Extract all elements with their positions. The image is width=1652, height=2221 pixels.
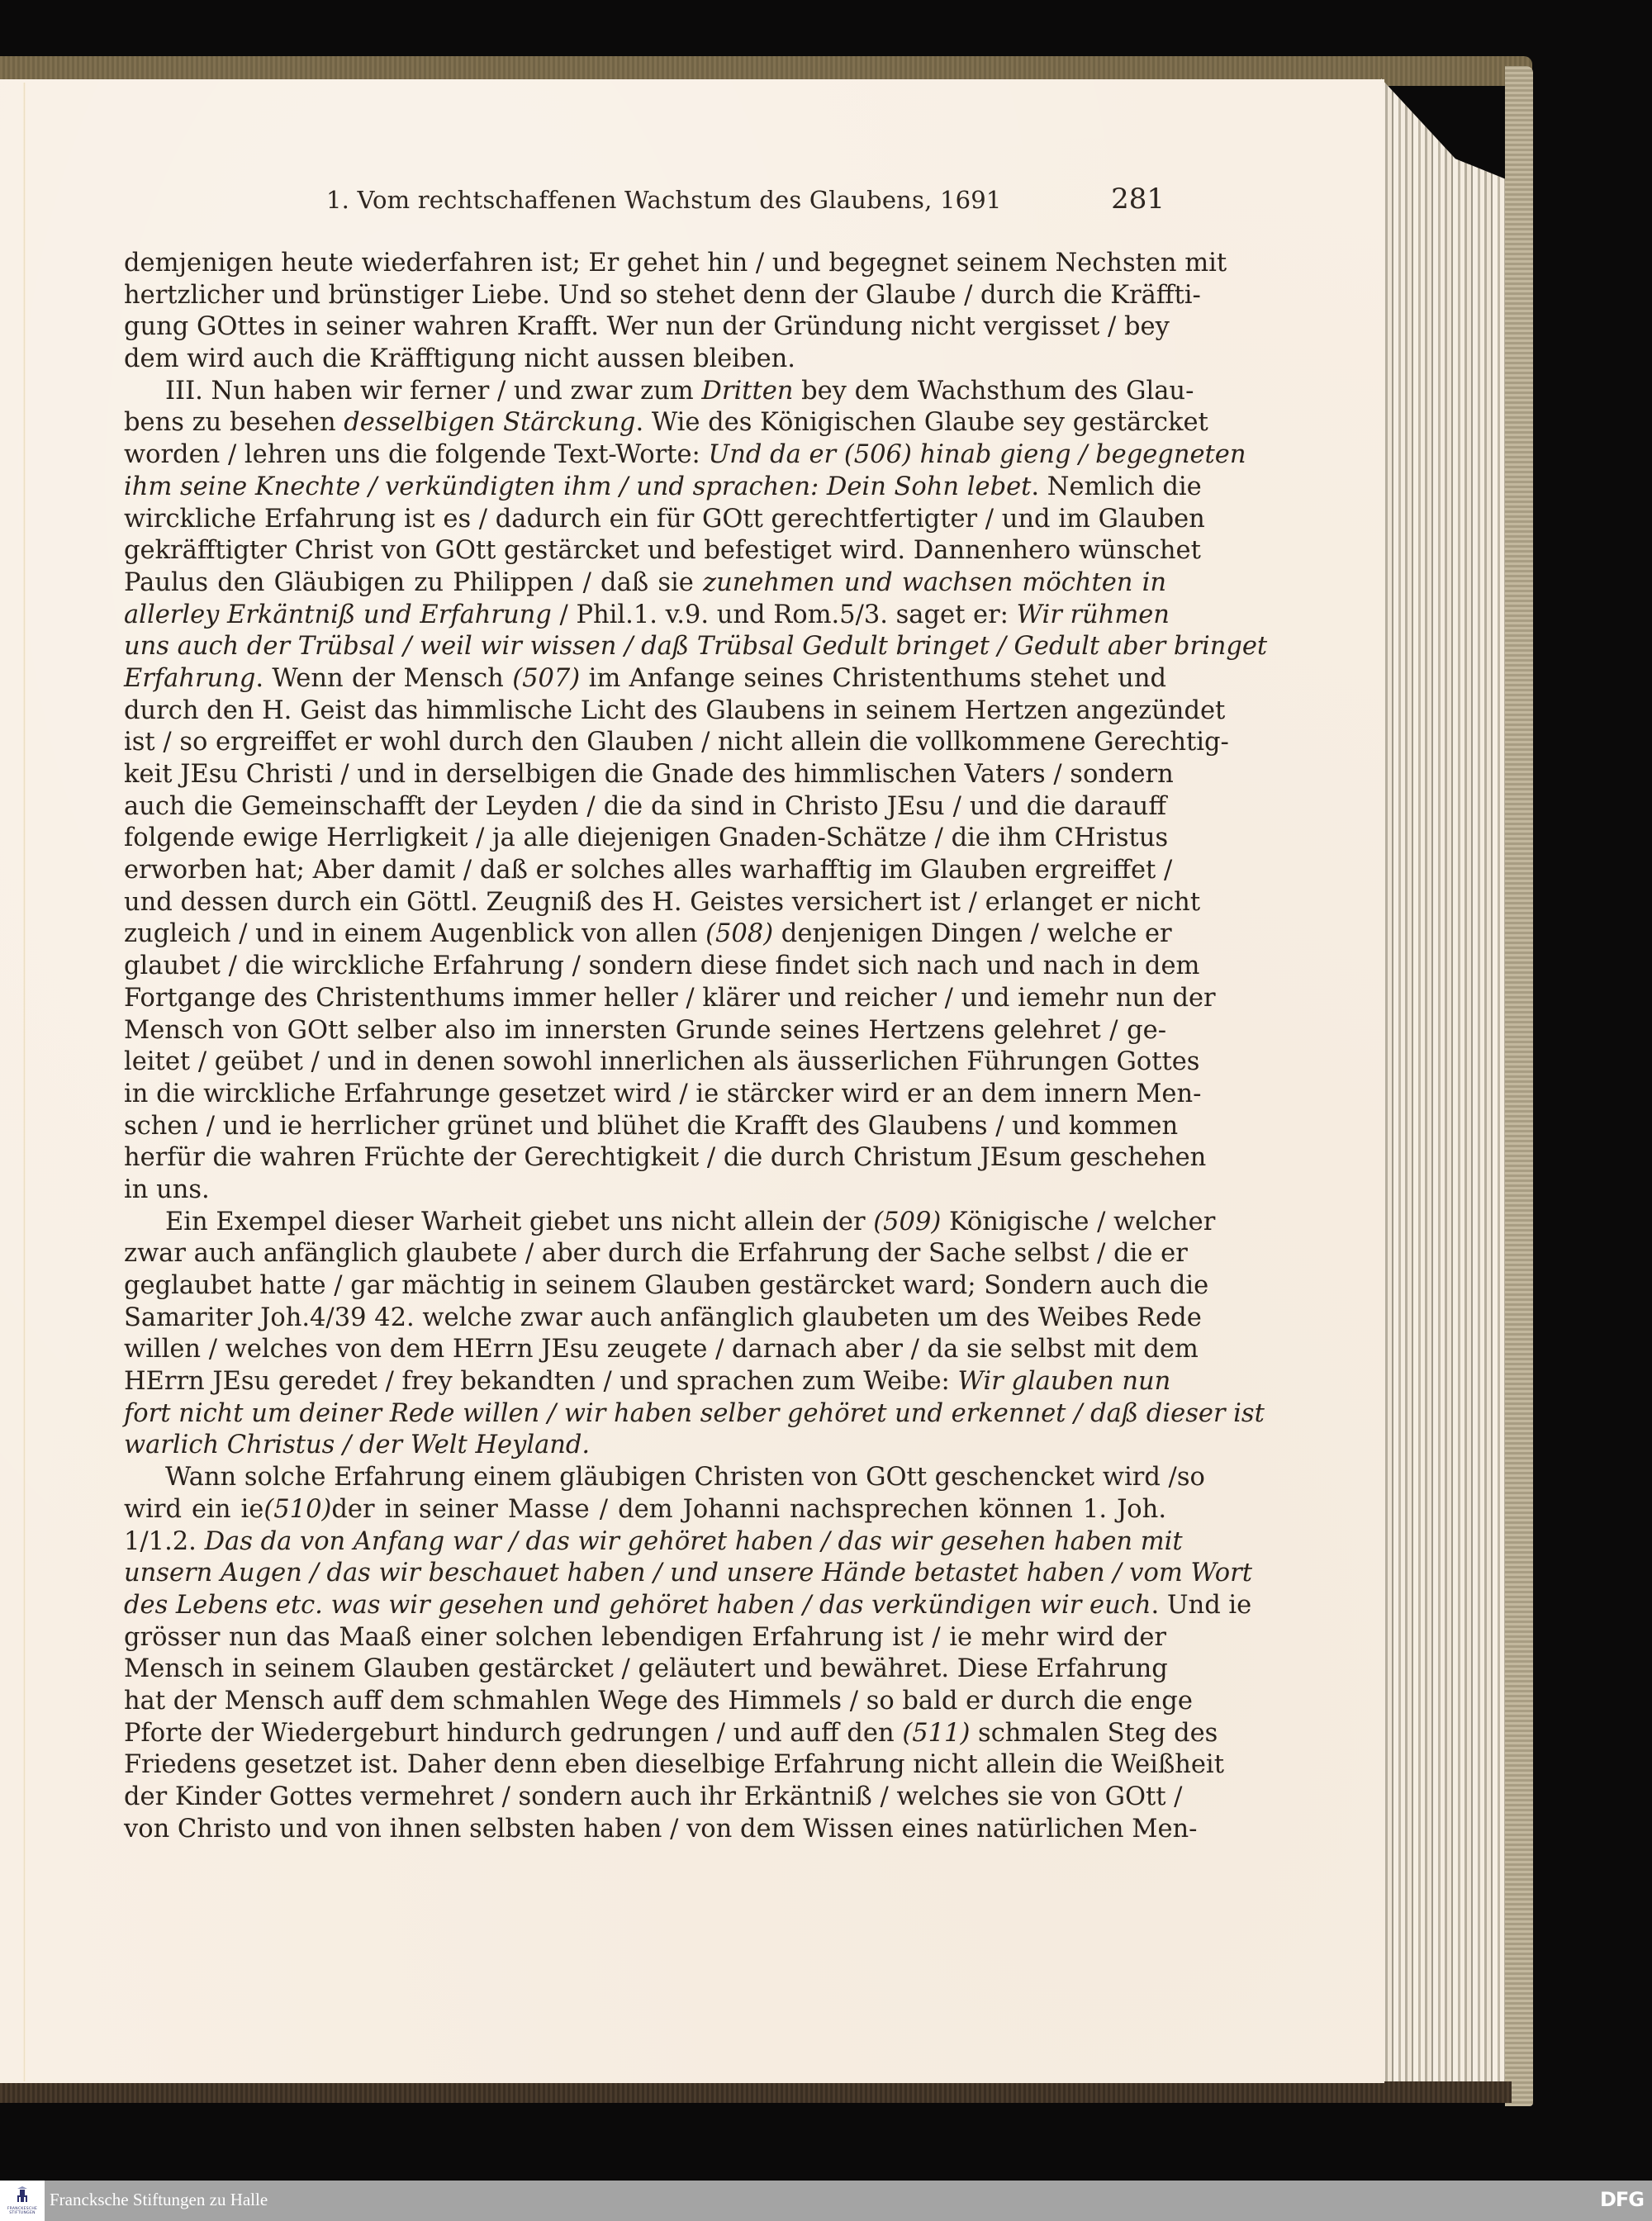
text-line: dem wird auch die Kräfftigung nicht auss… (124, 344, 1166, 376)
text-segment: zwar auch anfänglich glaubete / aber dur… (124, 1239, 1188, 1268)
text-line: gung GOttes in seiner wahren Krafft. Wer… (124, 311, 1166, 344)
text-line: folgende ewige Herrligkeit / ja alle die… (124, 823, 1166, 855)
italic-segment: Dritten (701, 377, 793, 406)
text-line: III. Nun haben wir ferner / und zwar zum… (124, 376, 1166, 408)
text-segment: grösser nun das Maaß einer solchen leben… (124, 1623, 1166, 1652)
italic-segment: allerley Erkäntniß und Erfahrung (124, 600, 552, 629)
text-line: ist / so ergreiffet er wohl durch den Gl… (124, 727, 1166, 759)
text-segment: erworben hat; Aber damit / daß er solche… (124, 856, 1172, 885)
text-segment: schen / und ie herrlicher grünet und blü… (124, 1112, 1178, 1141)
text-line: allerley Erkäntniß und Erfahrung / Phil.… (124, 600, 1166, 632)
text-segment: III. Nun haben wir ferner / und zwar zum (165, 377, 701, 406)
text-line: leitet / geübet / und in denen sowohl in… (124, 1046, 1166, 1079)
text-line: Wann solche Erfahrung einem gläubigen Ch… (124, 1462, 1166, 1494)
text-line: demjenigen heute wiederfahren ist; Er ge… (124, 248, 1166, 280)
text-line: geglaubet hatte / gar mächtig in seinem … (124, 1270, 1166, 1303)
text-line: 1/1.2. Das da von Anfang war / das wir g… (124, 1526, 1166, 1559)
text-segment: Samariter Joh.4/39 42. welche zwar auch … (124, 1303, 1202, 1332)
italic-segment: Wir glauben nun (958, 1367, 1171, 1396)
book-cloth-right-edge (1505, 66, 1533, 2106)
text-segment: / Phil.1. v.9. und Rom.5/3. saget er: (552, 600, 1017, 629)
text-line: ihm seine Knechte / verkündigten ihm / u… (124, 472, 1166, 504)
text-segment: gekräfftigter Christ von GOtt gestärcket… (124, 536, 1201, 565)
text-segment: folgende ewige Herrligkeit / ja alle die… (124, 823, 1168, 852)
text-line: erworben hat; Aber damit / daß er solche… (124, 855, 1166, 887)
text-segment: der in seiner Masse / dem Johanni nachsp… (331, 1495, 1166, 1524)
text-segment: ist / so ergreiffet er wohl durch den Gl… (124, 728, 1229, 757)
text-line: Ein Exempel dieser Warheit giebet uns ni… (124, 1207, 1166, 1239)
text-line: uns auch der Trübsal / weil wir wissen /… (124, 631, 1166, 663)
text-segment: worden / lehren uns die folgende Text-Wo… (124, 440, 709, 469)
franckesche-stiftungen-logo[interactable]: FRANCKESCHE STIFTUNGEN (0, 2181, 45, 2221)
page-number: 281 (1111, 183, 1165, 216)
text-line: Samariter Joh.4/39 42. welche zwar auch … (124, 1303, 1166, 1335)
text-line: zugleich / und in einem Augenblick von a… (124, 918, 1166, 951)
italic-segment: (511) (902, 1719, 970, 1748)
text-line: grösser nun das Maaß einer solchen leben… (124, 1622, 1166, 1654)
text-segment: demjenigen heute wiederfahren ist; Er ge… (124, 249, 1227, 278)
text-line: der Kinder Gottes vermehret / sondern au… (124, 1782, 1166, 1814)
italic-segment: Das da von Anfang war / das wir gehöret … (205, 1527, 1183, 1556)
text-segment: geglaubet hatte / gar mächtig in seinem … (124, 1271, 1208, 1300)
text-line: willen / welches von dem HErrn JEsu zeug… (124, 1334, 1166, 1366)
text-segment: zugleich / und in einem Augenblick von a… (124, 919, 705, 948)
italic-segment: unsern Augen / das wir beschauet haben /… (124, 1559, 1252, 1587)
text-line: unsern Augen / das wir beschauet haben /… (124, 1558, 1166, 1590)
text-segment: Friedens gesetzet ist. Daher denn eben d… (124, 1750, 1224, 1779)
text-segment: Ein Exempel dieser Warheit giebet uns ni… (165, 1208, 873, 1236)
text-segment: hertzlicher und brünstiger Liebe. Und so… (124, 281, 1201, 310)
text-line: fort nicht um deiner Rede willen / wir h… (124, 1398, 1166, 1431)
text-line: bens zu besehen desselbigen Stärckung. W… (124, 407, 1166, 439)
text-line: Friedens gesetzet ist. Daher denn eben d… (124, 1749, 1166, 1782)
text-segment: wird ein ie (124, 1495, 263, 1524)
text-segment: und dessen durch ein Göttl. Zeugniß des … (124, 888, 1200, 917)
italic-segment: ihm seine Knechte / verkündigten ihm / u… (124, 472, 1031, 501)
italic-segment: warlich Christus / der Welt Heyland. (124, 1431, 590, 1459)
italic-segment: zunehmen und wachsen möchten in (703, 568, 1166, 597)
text-segment: auch die Gemeinschafft der Leyden / die … (124, 792, 1166, 821)
text-line: in die wirckliche Erfahrunge gesetzet wi… (124, 1079, 1166, 1111)
text-segment: wirckliche Erfahrung ist es / dadurch ei… (124, 505, 1205, 534)
text-segment: der Kinder Gottes vermehret / sondern au… (124, 1782, 1182, 1811)
text-segment: keit JEsu Christi / und in derselbigen d… (124, 760, 1174, 789)
text-line: durch den H. Geist das himmlische Licht … (124, 695, 1166, 728)
text-line: warlich Christus / der Welt Heyland. (124, 1430, 1166, 1462)
text-segment: Paulus den Gläubigen zu Philippen / daß … (124, 568, 703, 597)
page-gutter (23, 83, 26, 2081)
book-cloth-bottom-edge (0, 2081, 1512, 2103)
text-segment: Mensch von GOtt selber also im innersten… (124, 1016, 1166, 1045)
text-line: hertzlicher und brünstiger Liebe. Und so… (124, 280, 1166, 312)
italic-segment: (510) (263, 1495, 331, 1524)
text-segment: HErrn JEsu geredet / frey bekandten / un… (124, 1367, 958, 1396)
text-line: worden / lehren uns die folgende Text-Wo… (124, 439, 1166, 472)
text-segment: herfür die wahren Früchte der Gerechtigk… (124, 1143, 1206, 1172)
running-head: 1. Vom rechtschaffenen Wachstum des Glau… (124, 186, 1165, 219)
text-segment: willen / welches von dem HErrn JEsu zeug… (124, 1335, 1199, 1364)
text-line: Erfahrung. Wenn der Mensch (507) im Anfa… (124, 663, 1166, 695)
italic-segment: Erfahrung (124, 664, 255, 693)
text-segment: schmalen Steg des (970, 1719, 1218, 1748)
text-segment: bens zu besehen (124, 408, 344, 437)
text-line: keit JEsu Christi / und in derselbigen d… (124, 759, 1166, 791)
dfg-logo[interactable]: DFG (1600, 2188, 1644, 2211)
text-segment: Königische / welcher (941, 1208, 1215, 1236)
text-segment: in die wirckliche Erfahrunge gesetzet wi… (124, 1080, 1201, 1108)
text-line: wirckliche Erfahrung ist es / dadurch ei… (124, 504, 1166, 536)
text-line: und dessen durch ein Göttl. Zeugniß des … (124, 887, 1166, 919)
footer-bar: FRANCKESCHE STIFTUNGEN Francksche Stiftu… (0, 2181, 1652, 2221)
italic-segment: uns auch der Trübsal / weil wir wissen /… (124, 632, 1267, 661)
text-segment: in uns. (124, 1175, 210, 1204)
text-segment: Pforte der Wiedergeburt hindurch gedrung… (124, 1719, 902, 1748)
text-line: Mensch von GOtt selber also im innersten… (124, 1015, 1166, 1047)
logo-figure-icon (15, 2185, 30, 2204)
italic-segment: (507) (512, 664, 580, 693)
italic-segment: desselbigen Stärckung (344, 408, 635, 437)
text-line: des Lebens etc. was wir gesehen und gehö… (124, 1590, 1166, 1622)
institution-name[interactable]: Francksche Stiftungen zu Halle (50, 2190, 268, 2210)
text-line: in uns. (124, 1175, 1166, 1207)
text-line: hat der Mensch auff dem schmahlen Wege d… (124, 1686, 1166, 1718)
text-segment: Wann solche Erfahrung einem gläubigen Ch… (165, 1463, 1205, 1492)
text-line: schen / und ie herrlicher grünet und blü… (124, 1111, 1166, 1143)
text-segment: hat der Mensch auff dem schmahlen Wege d… (124, 1687, 1193, 1716)
text-segment: durch den H. Geist das himmlische Licht … (124, 696, 1225, 725)
text-line: auch die Gemeinschafft der Leyden / die … (124, 791, 1166, 823)
text-segment: denjenigen Dingen / welche er (773, 919, 1171, 948)
text-line: Fortgange des Christenthums immer heller… (124, 983, 1166, 1015)
text-line: HErrn JEsu geredet / frey bekandten / un… (124, 1366, 1166, 1398)
text-line: Mensch in seinem Glauben gestärcket / ge… (124, 1654, 1166, 1686)
italic-segment: (508) (705, 919, 773, 948)
text-segment: von Christo und von ihnen selbsten haben… (124, 1815, 1197, 1844)
italic-segment: des Lebens etc. was wir gesehen und gehö… (124, 1591, 1151, 1620)
logo-caption: FRANCKESCHE STIFTUNGEN (2, 2207, 43, 2215)
running-head-title: 1. Vom rechtschaffenen Wachstum des Glau… (326, 186, 1002, 214)
italic-segment: fort nicht um deiner Rede willen / wir h… (124, 1399, 1265, 1428)
text-segment: dem wird auch die Kräfftigung nicht auss… (124, 344, 795, 373)
text-line: Pforte der Wiedergeburt hindurch gedrung… (124, 1718, 1166, 1750)
italic-segment: Und da er (506) hinab gieng / begegneten (709, 440, 1246, 469)
text-line: glaubet / die wirckliche Erfahrung / son… (124, 951, 1166, 983)
text-segment: bey dem Wachsthum des Glau- (793, 377, 1194, 406)
page-stack-edges (1381, 78, 1505, 2086)
text-line: Paulus den Gläubigen zu Philippen / daß … (124, 567, 1166, 600)
body-text: demjenigen heute wiederfahren ist; Er ge… (124, 248, 1166, 1845)
text-segment: 1/1.2. (124, 1527, 205, 1556)
italic-segment: Wir rühmen (1017, 600, 1170, 629)
text-segment: Fortgange des Christenthums immer heller… (124, 984, 1216, 1013)
text-line: zwar auch anfänglich glaubete / aber dur… (124, 1238, 1166, 1270)
text-segment: leitet / geübet / und in denen sowohl in… (124, 1047, 1199, 1076)
italic-segment: (509) (873, 1208, 941, 1236)
logo-caption-line2: STIFTUNGEN (2, 2211, 43, 2215)
text-segment: gung GOttes in seiner wahren Krafft. Wer… (124, 312, 1170, 341)
text-line: gekräfftigter Christ von GOtt gestärcket… (124, 535, 1166, 567)
text-segment: . Nemlich die (1031, 472, 1201, 501)
text-segment: im Anfange seines Christenthums stehet u… (580, 664, 1166, 693)
text-segment: . Und ie (1151, 1591, 1251, 1620)
text-line: wird ein ie(510)der in seiner Masse / de… (124, 1494, 1166, 1526)
text-segment: . Wie des Königischen Glaube sey gestärc… (635, 408, 1208, 437)
text-line: von Christo und von ihnen selbsten haben… (124, 1814, 1166, 1846)
text-line: herfür die wahren Früchte der Gerechtigk… (124, 1142, 1166, 1175)
text-segment: . Wenn der Mensch (255, 664, 512, 693)
text-segment: Mensch in seinem Glauben gestärcket / ge… (124, 1654, 1168, 1683)
text-segment: glaubet / die wirckliche Erfahrung / son… (124, 952, 1199, 980)
